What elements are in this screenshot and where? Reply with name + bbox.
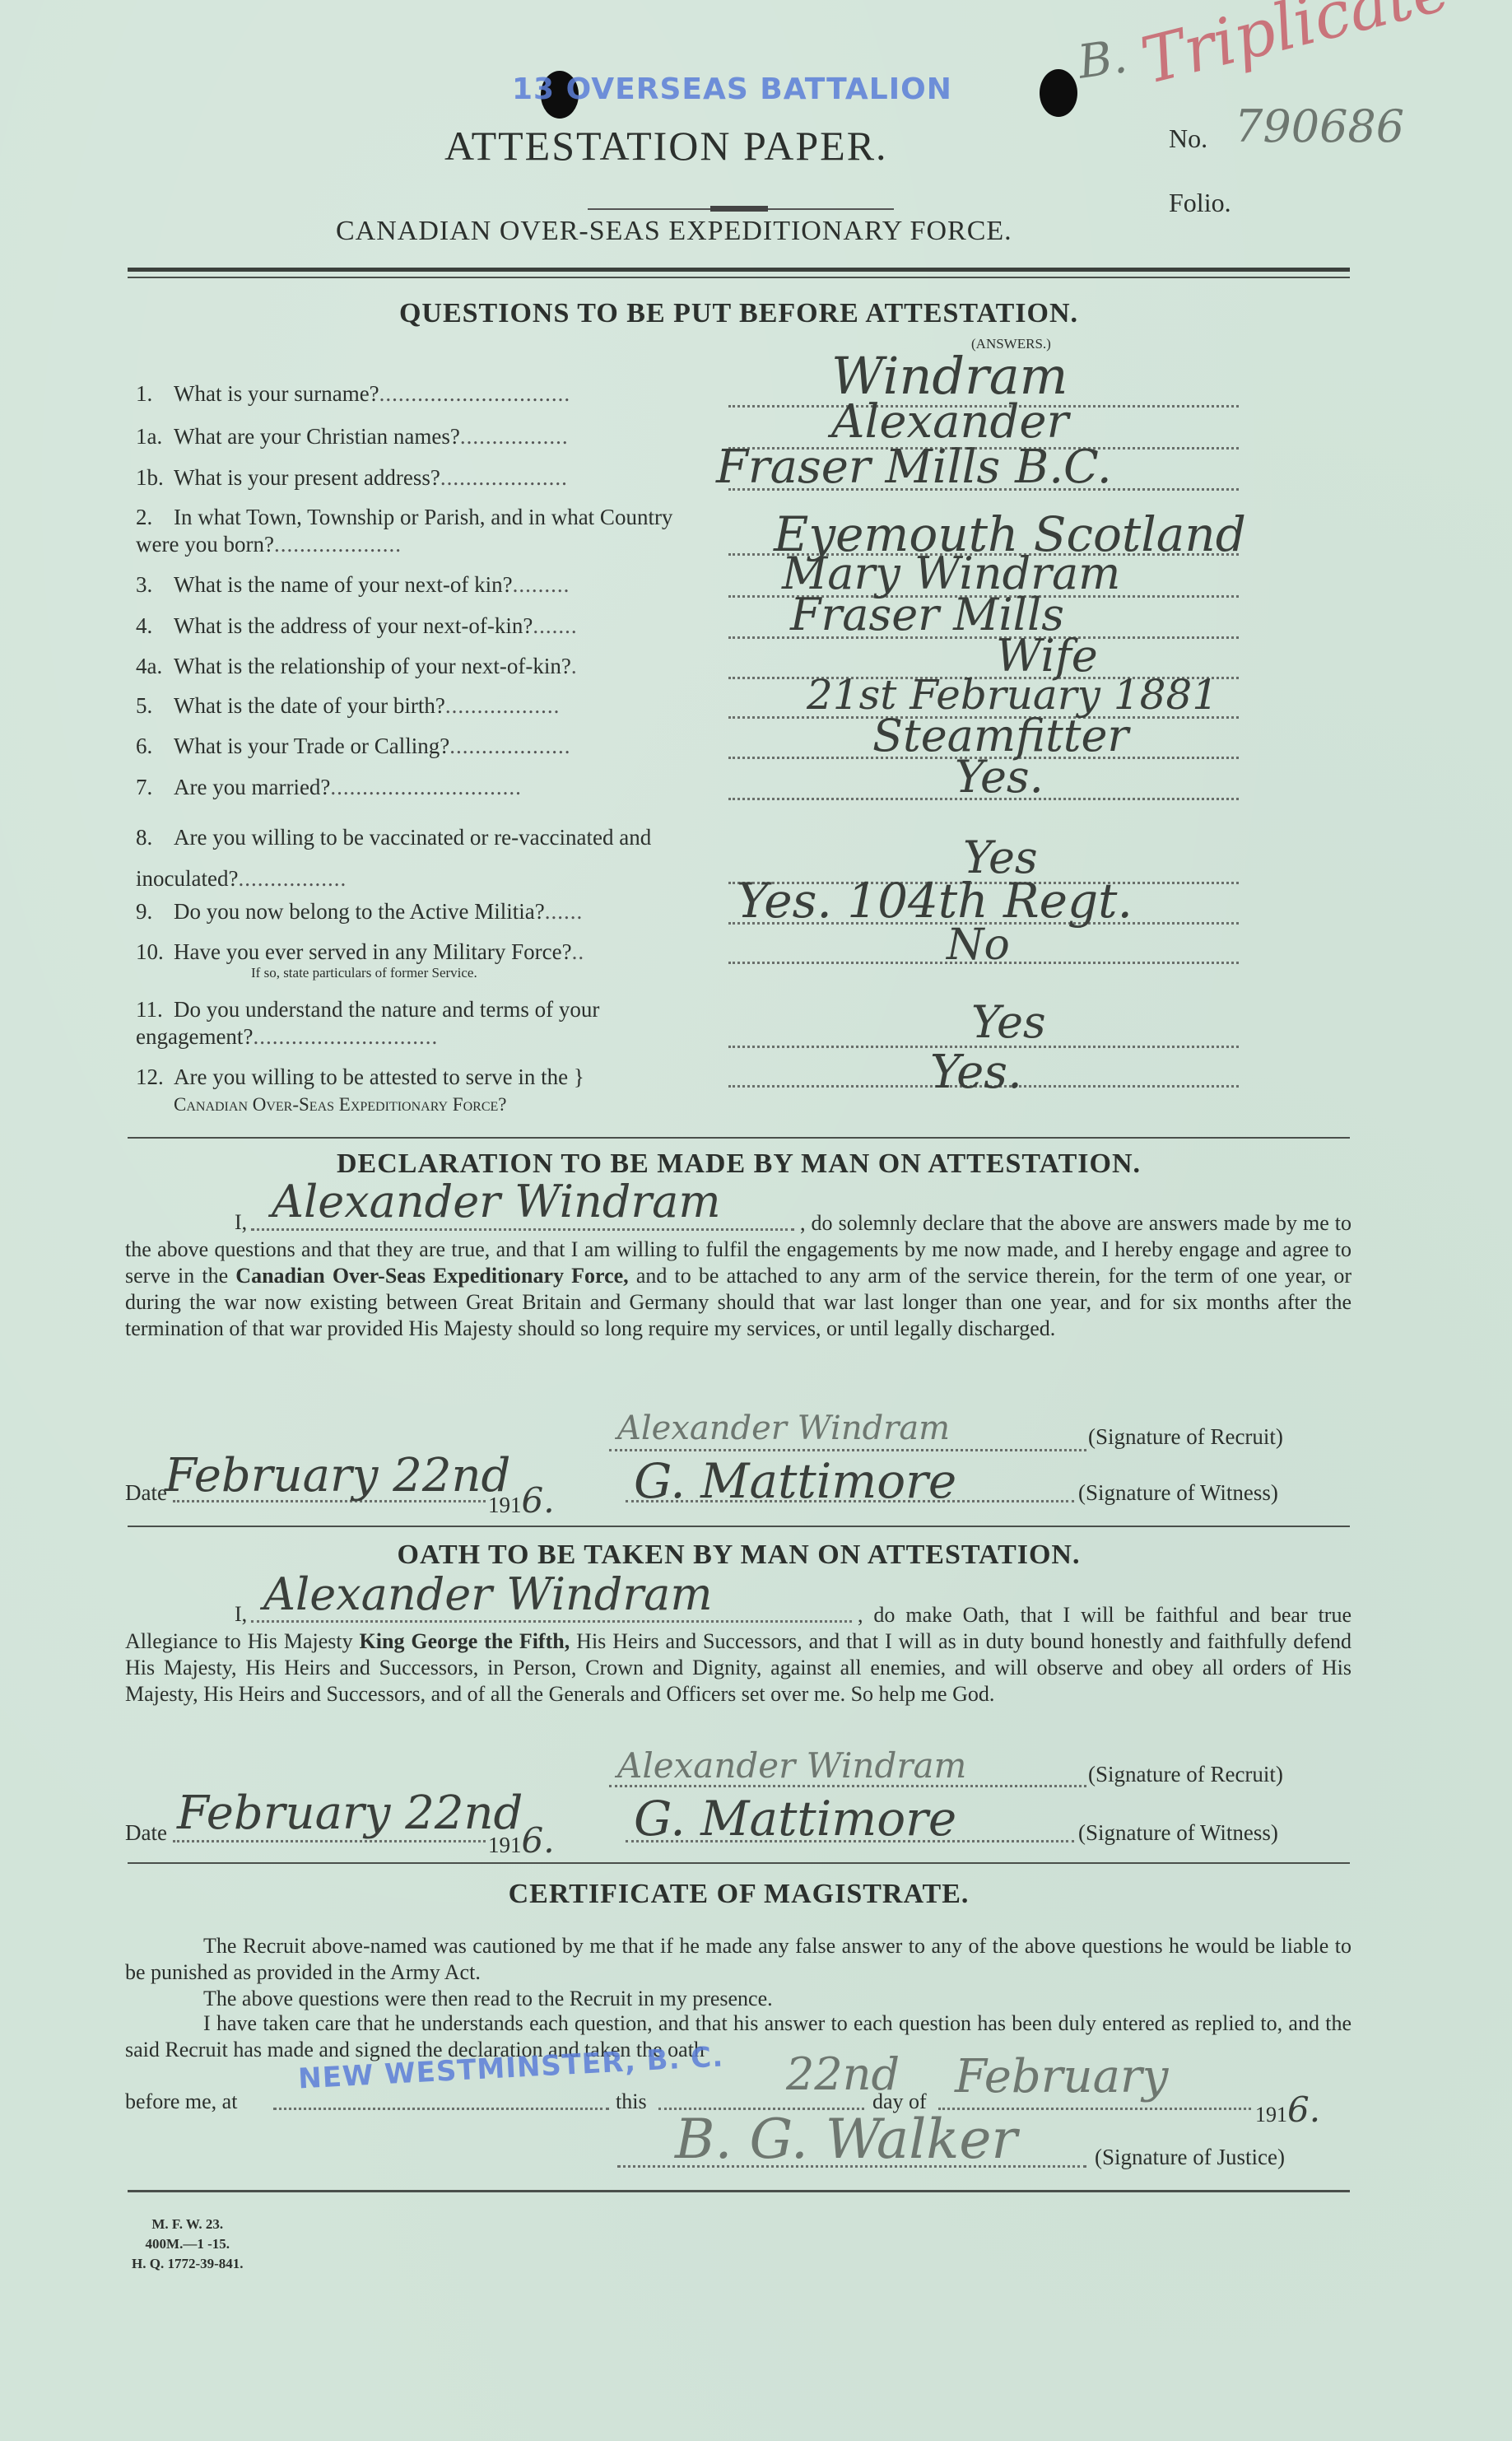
section-rule-3	[128, 1862, 1350, 1864]
oath-date-label: Date	[125, 1820, 167, 1846]
title-ornament	[710, 206, 768, 212]
this-label: this	[616, 2089, 647, 2114]
magistrate-title: CERTIFICATE OF MAGISTRATE.	[128, 1879, 1350, 1910]
justice-label: (Signature of Justice)	[1095, 2145, 1285, 2170]
question-1a: 1a.What are your Christian names?.......…	[136, 423, 704, 450]
punch-hole-right	[1040, 69, 1077, 117]
question-2: 2.In what Town, Township or Parish, and …	[136, 504, 704, 558]
question-4: 4.What is the address of your next-of-ki…	[136, 613, 704, 640]
question-5: 5.What is the date of your birth?.......…	[136, 692, 704, 720]
declaration-recruit-label: (Signature of Recruit)	[1088, 1424, 1283, 1450]
before-me-label: before me, at	[125, 2089, 237, 2114]
battalion-stamp: 13 OVERSEAS BATTALION	[512, 72, 952, 106]
declaration-text: , do solemnly declare that the above are…	[125, 1210, 1351, 1342]
folio-label: Folio.	[1169, 188, 1231, 218]
regimental-number: 790686	[1235, 100, 1404, 152]
month-value: February	[955, 2050, 1168, 2103]
question-11: 11.Do you understand the nature and term…	[136, 996, 704, 1050]
header-double-rule-top	[128, 268, 1350, 272]
declaration-witness-signature: G. Mattimore	[634, 1453, 956, 1509]
oath-text: , do make Oath, that I will be faithful …	[125, 1602, 1351, 1707]
declaration-date-label: Date	[125, 1480, 167, 1506]
justice-signature: B. G. Walker	[675, 2108, 1017, 2171]
annotation-b: B.	[1075, 30, 1130, 90]
question-7: 7.Are you married?......................…	[136, 774, 704, 801]
form-codes: M. F. W. 23. 400M.—1 -15. H. Q. 1772-39-…	[132, 2215, 244, 2274]
answer-present-address: Fraser Mills B.C.	[716, 440, 1112, 494]
section-rule-2	[128, 1526, 1350, 1527]
question-1b: 1b.What is your present address?........…	[136, 464, 704, 491]
oath-recruit-signature: Alexander Windram	[617, 1745, 966, 1786]
oath-witness-label: (Signature of Witness)	[1078, 1820, 1278, 1846]
answer-active-militia: Yes. 104th Regt.	[737, 873, 1133, 929]
magistrate-year: 1916.	[1255, 2089, 1320, 2130]
question-6: 6.What is your Trade or Calling?........…	[136, 733, 704, 760]
page-title: ATTESTATION PAPER.	[444, 122, 888, 170]
question-12-line2: Canadian Over-Seas Expeditionary Force?	[136, 1091, 704, 1118]
oath-witness-signature: G. Mattimore	[634, 1791, 956, 1847]
oath-year: 1916.	[488, 1820, 555, 1861]
magistrate-para-1: The Recruit above-named was cautioned by…	[125, 1933, 1351, 1986]
question-1: 1.What is your surname?.................…	[136, 380, 704, 408]
oath-date-line	[173, 1840, 486, 1842]
questions-section-title: QUESTIONS TO BE PUT BEFORE ATTESTATION.	[128, 298, 1350, 329]
question-9: 9.Do you now belong to the Active Militi…	[136, 898, 704, 925]
form-code-3: H. Q. 1772-39-841.	[132, 2254, 244, 2274]
section-rule-1	[128, 1137, 1350, 1139]
declaration-witness-label: (Signature of Witness)	[1078, 1480, 1278, 1506]
magistrate-para-2: The above questions were then read to th…	[125, 1986, 1351, 2012]
declaration-year: 1916.	[488, 1480, 555, 1521]
question-10-subtext: If so, state particulars of former Servi…	[136, 966, 704, 981]
oath-recruit-label: (Signature of Recruit)	[1088, 1762, 1283, 1787]
declaration-recruit-signature: Alexander Windram	[617, 1409, 950, 1447]
header-double-rule-bottom	[128, 277, 1350, 278]
question-10: 10.Have you ever served in any Military …	[136, 939, 704, 981]
declaration-recruit-line	[609, 1449, 1086, 1451]
declaration-date-value: February 22nd	[165, 1449, 510, 1502]
question-3: 3.What is the name of your next-of kin?.…	[136, 571, 704, 599]
answer-married: Yes.	[955, 751, 1044, 803]
question-12: 12.Are you willing to be attested to ser…	[136, 1064, 704, 1118]
place-line	[273, 2108, 609, 2110]
answer-military-service: No	[947, 920, 1010, 970]
form-code-2: 400M.—1 -15.	[132, 2234, 244, 2254]
question-8: 8.Are you willing to be vaccinated or re…	[136, 817, 704, 899]
section-rule-4	[128, 2190, 1350, 2192]
oath-title: OATH TO BE TAKEN BY MAN ON ATTESTATION.	[128, 1540, 1350, 1571]
number-label: No.	[1169, 123, 1207, 154]
oath-date-value: February 22nd	[177, 1786, 523, 1840]
page-subtitle: CANADIAN OVER-SEAS EXPEDITIONARY FORCE.	[336, 216, 1012, 247]
form-code-1: M. F. W. 23.	[132, 2215, 244, 2234]
question-4a: 4a.What is the relationship of your next…	[136, 653, 704, 680]
answer-willing-to-attest: Yes.	[930, 1046, 1022, 1099]
answer-understand-terms: Yes	[971, 996, 1046, 1048]
